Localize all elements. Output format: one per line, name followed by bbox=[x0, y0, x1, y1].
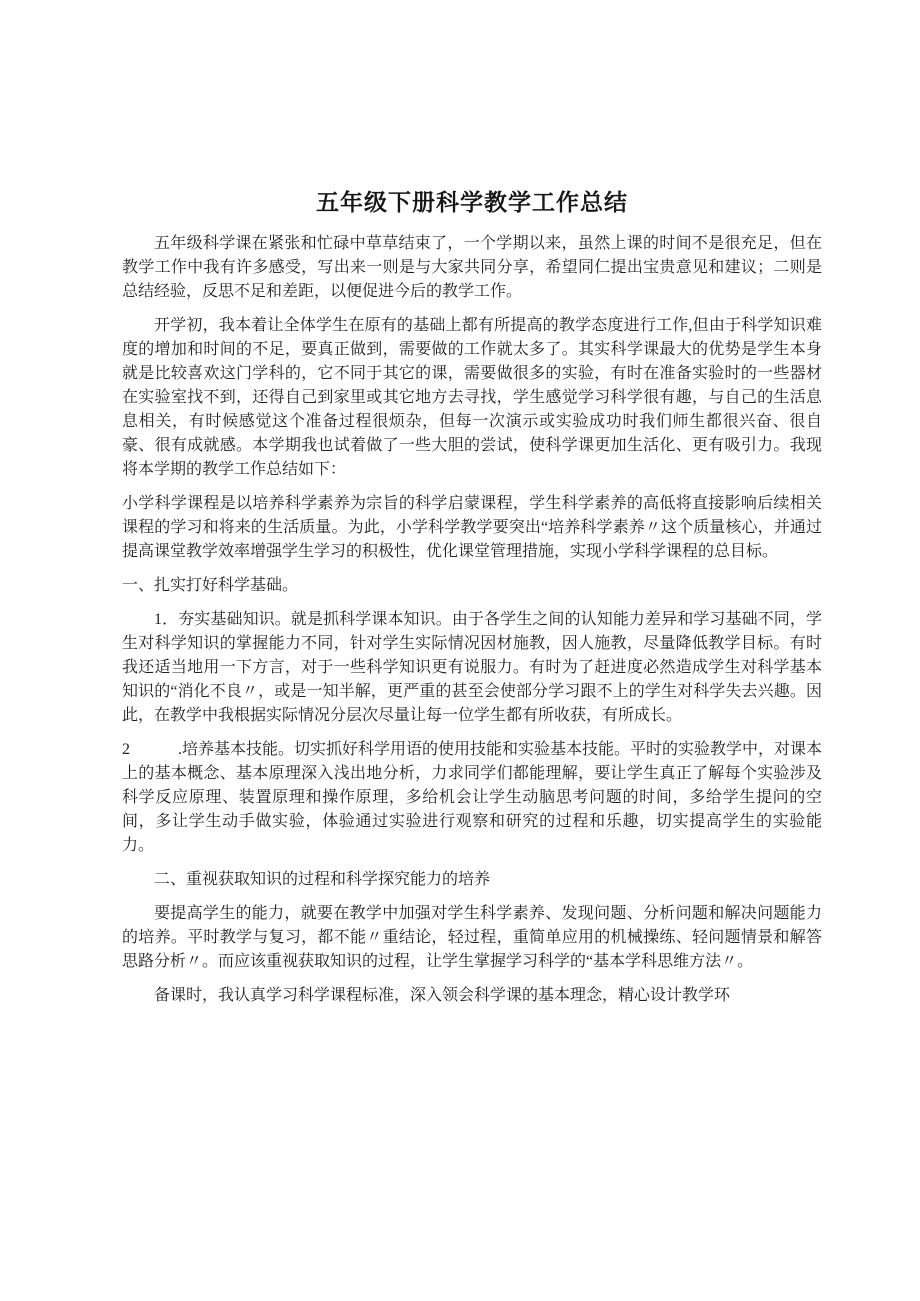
document-title: 五年级下册科学教学工作总结 bbox=[122, 186, 822, 218]
paragraph: 开学初，我本着让全体学生在原有的基础上都有所提高的教学态度进行工作,但由于科学知… bbox=[122, 314, 822, 482]
paragraph: 要提高学生的能力，就要在教学中加强对学生科学素养、发现问题、分析问题和解决问题能… bbox=[122, 902, 822, 974]
paragraph: 2 .培养基本技能。切实抓好科学用语的使用技能和实验基本技能。平时的实验教学中，… bbox=[122, 738, 822, 858]
paragraph: 1．夯实基础知识。就是抓科学课本知识。由于各学生之间的认知能力差异和学习基础不同… bbox=[122, 608, 822, 728]
section-heading: 二、重视获取知识的过程和科学探究能力的培养 bbox=[122, 868, 822, 892]
document-content: 五年级下册科学教学工作总结 五年级科学课在紧张和忙碌中草草结束了，一个学期以来，… bbox=[122, 186, 822, 1018]
paragraph: 五年级科学课在紧张和忙碌中草草结束了，一个学期以来，虽然上课的时间不是很充足，但… bbox=[122, 232, 822, 304]
section-heading: 一、扎实打好科学基础。 bbox=[122, 574, 822, 598]
paragraph: 备课时，我认真学习科学课程标准，深入领会科学课的基本理念，精心设计教学环 bbox=[122, 984, 822, 1008]
document-page: 五年级下册科学教学工作总结 五年级科学课在紧张和忙碌中草草结束了，一个学期以来，… bbox=[0, 0, 920, 1301]
paragraph: 小学科学课程是以培养科学素养为宗旨的科学启蒙课程，学生科学素养的高低将直接影响后… bbox=[122, 492, 822, 564]
document-body: 五年级科学课在紧张和忙碌中草草结束了，一个学期以来，虽然上课的时间不是很充足，但… bbox=[122, 232, 822, 1008]
